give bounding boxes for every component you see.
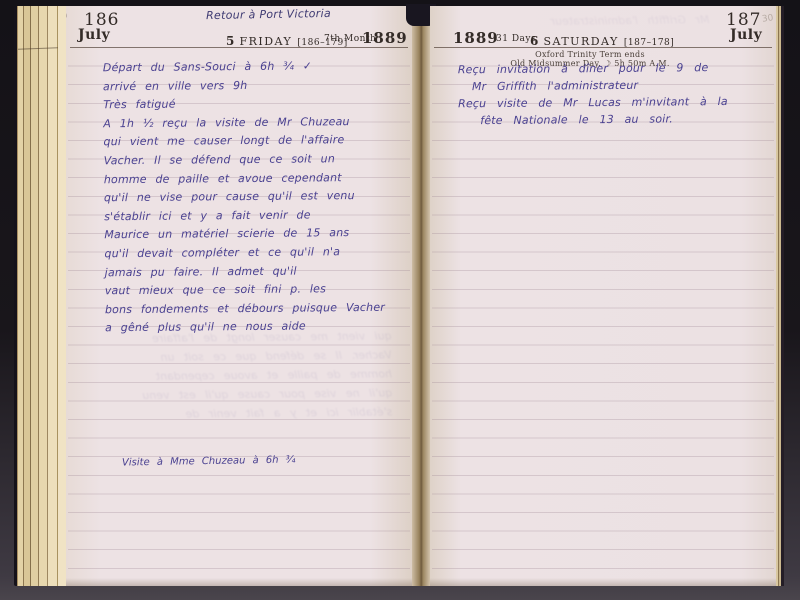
diary-photo-stage: 29 186 July Retour à Port Victoria 5 FRI…	[0, 0, 800, 600]
diary-line: arrivé en ville vers 9h	[103, 75, 389, 96]
diary-line: a gêné plus qu'il ne nous aide	[105, 317, 391, 338]
open-diary-book: 29 186 July Retour à Port Victoria 5 FRI…	[14, 6, 784, 586]
right-page-edges	[776, 6, 784, 586]
diary-page-right: 1889 31 Days 6 SATURDAY [187–178] 187 Ju…	[430, 6, 776, 586]
day-name: FRIDAY	[239, 35, 292, 48]
ink-bleed-through: Mr Griffith l'administrateur	[520, 10, 740, 31]
book-gutter	[412, 6, 430, 586]
year-label: 1889	[453, 29, 499, 47]
diary-line: Vacher. Il se défend que ce soit un	[104, 150, 390, 171]
diary-line: qu'il ne vise pour cause qu'il est venu	[104, 187, 390, 208]
diary-entry: Reçu invitation à dîner pour le 9 de Mr …	[458, 59, 759, 130]
diary-line: bons fondements et débours puisque Vache…	[105, 298, 391, 319]
left-page-edges	[14, 6, 66, 586]
diary-line: qu'il devait compléter et ce qu'il n'a	[104, 243, 390, 264]
diary-entry: Départ du Sans-Souci à 6h ¾ ✓ arrivé en …	[103, 57, 391, 338]
diary-line: A 1h ½ reçu la visite de Mr Chuzeau	[103, 113, 389, 134]
footnote-handwriting: Visite à Mme Chuzeau à 6h ¾	[122, 454, 296, 468]
day-number: 6	[530, 34, 538, 48]
diary-line: qui vient me causer longt de l'affaire	[103, 131, 389, 152]
day-name: SATURDAY	[543, 35, 618, 48]
pencil-note: 30	[761, 13, 774, 24]
almanac-note: Oxford Trinity Term ends	[490, 50, 690, 59]
diary-page-left: 29 186 July Retour à Port Victoria 5 FRI…	[66, 6, 412, 586]
diary-line: Maurice un matériel scierie de 15 ans	[104, 224, 390, 245]
day-reference: [187–178]	[624, 38, 674, 48]
diary-line: fête Nationale le 13 au soir.	[458, 110, 758, 130]
diary-line: homme de paille et avoue cependant	[104, 168, 390, 189]
diary-line: Très fatigué	[103, 94, 389, 115]
diary-line: Départ du Sans-Souci à 6h ¾ ✓	[103, 57, 389, 78]
page-edge-mark	[18, 47, 58, 51]
month-label: July	[730, 27, 762, 43]
month-label: July	[78, 27, 110, 43]
handwritten-heading: Retour à Port Victoria	[206, 7, 331, 22]
diary-line: vaut mieux que ce soit fini p. les	[105, 280, 391, 301]
diary-line: s'établir ici et y a fait venir de	[104, 206, 390, 227]
year-label: 1889	[362, 29, 408, 47]
diary-line: jamais pu faire. Il admet qu'il	[105, 261, 391, 282]
day-number: 5	[226, 34, 234, 48]
diary-line: Reçu visite de Mr Lucas m'invitant à la	[458, 93, 758, 113]
day-heading: 6 SATURDAY [187–178]	[530, 30, 674, 49]
ink-bleed-through: qui vient me causer longt de l'affaire V…	[82, 326, 393, 424]
pencil-note: 29	[66, 11, 68, 22]
